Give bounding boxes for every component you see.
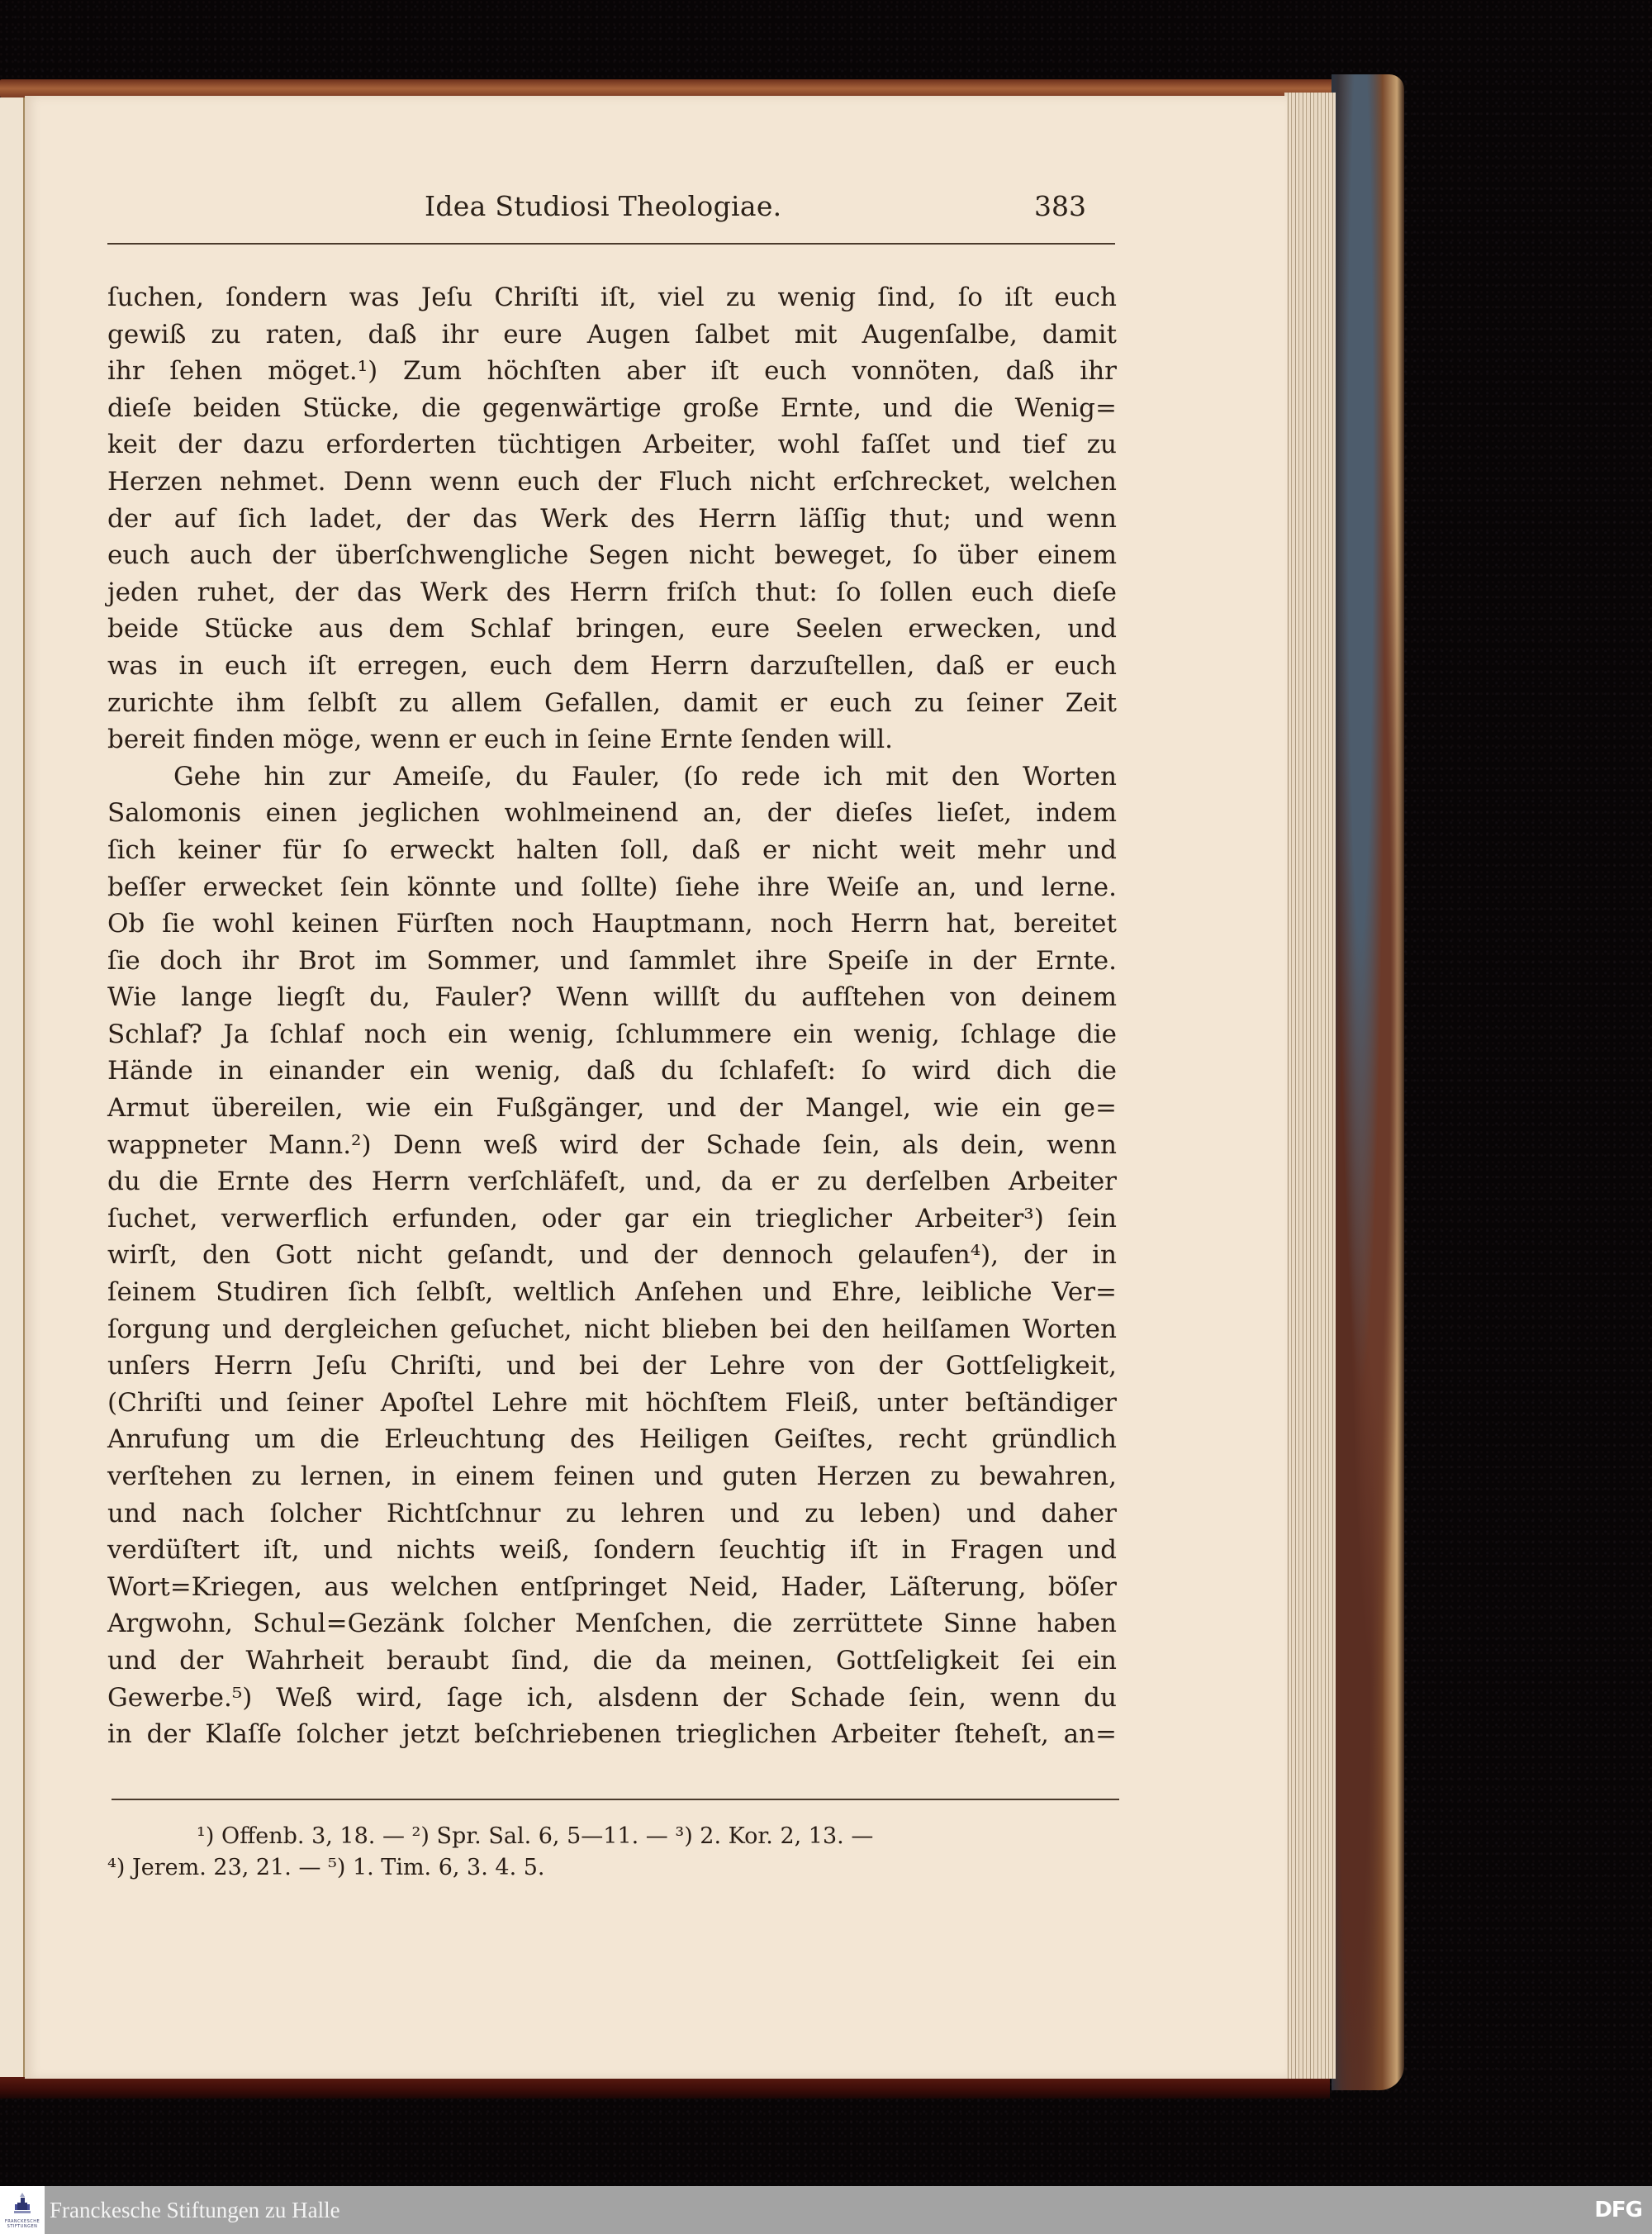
text-line: zurichte ihm ſelbſt zu allem Gefallen, d…: [107, 685, 1117, 722]
text-line: euch auch der überſchwengliche Segen nic…: [107, 537, 1117, 574]
text-line: Gewerbe.⁵) Weß wird, ſage ich, alsdenn d…: [107, 1680, 1117, 1717]
text-line: verſtehen zu lernen, in einem feinen und…: [107, 1458, 1117, 1495]
book-cover-bottom-edge: [0, 2077, 1330, 2099]
viewer-footer-bar: FRANCKESCHE STIFTUNGEN Franckesche Stift…: [0, 2186, 1652, 2234]
text-line: Hände in einander ein wenig, daß du ſchl…: [107, 1053, 1117, 1090]
footnote-rule: [112, 1799, 1119, 1800]
header-rule: [107, 243, 1115, 245]
footnotes: ¹) Offenb. 3, 18. — ²) Spr. Sal. 6, 5—11…: [107, 1821, 1117, 1884]
book-page: Idea Studiosi Theologiae. 383 ſuchen, ſo…: [25, 96, 1287, 2079]
building-statue-icon: [12, 2193, 32, 2214]
text-line: in der Klaſſe ſolcher jetzt beſchriebene…: [107, 1716, 1117, 1753]
text-line: ſorgung und dergleichen geſuchet, nicht …: [107, 1311, 1117, 1348]
text-line: Salomonis einen jeglichen wohlmeinend an…: [107, 795, 1117, 832]
text-line: wirſt, den Gott nicht geſandt, und der d…: [107, 1237, 1117, 1274]
text-line: du die Ernte des Herrn verſchläfeſt, und…: [107, 1163, 1117, 1200]
franckesche-stiftungen-logo[interactable]: FRANCKESCHE STIFTUNGEN: [0, 2186, 45, 2234]
text-line: (Chriſti und ſeiner Apoſtel Lehre mit hö…: [107, 1385, 1117, 1422]
text-line: Gehe hin zur Ameiſe, du Fauler, (ſo rede…: [107, 758, 1117, 796]
text-line: Herzen nehmet. Denn wenn euch der Fluch …: [107, 463, 1117, 501]
text-line: der auf ſich ladet, der das Werk des Her…: [107, 501, 1117, 538]
text-line: beide Stücke aus dem Schlaf bringen, eur…: [107, 611, 1117, 648]
text-line: verdüſtert iſt, und nichts weiß, ſondern…: [107, 1532, 1117, 1569]
text-line: ſuchen, ſondern was Jeſu Chriſti iſt, vi…: [107, 279, 1117, 316]
text-line: Armut übereilen, wie ein Fußgänger, und …: [107, 1090, 1117, 1127]
text-line: Schlaf? Ja ſchlaf noch ein wenig, ſchlum…: [107, 1016, 1117, 1053]
text-line: bereit finden möge, wenn er euch in ſein…: [107, 721, 1117, 758]
text-line: Argwohn, Schul=Gezänk ſolcher Menſchen, …: [107, 1605, 1117, 1642]
text-line: ſeinem Studiren ſich ſelbſt, weltlich An…: [107, 1274, 1117, 1311]
page-number: 383: [1034, 190, 1086, 222]
text-line: unſers Herrn Jeſu Chriſti, und bei der L…: [107, 1348, 1117, 1385]
text-line: Anrufung um die Erleuchtung des Heiligen…: [107, 1421, 1117, 1458]
text-line: Wie lange liegſt du, Fauler? Wenn willſt…: [107, 979, 1117, 1016]
text-line: und nach ſolcher Richtſchnur zu lehren u…: [107, 1495, 1117, 1533]
page-block-edges: [1284, 93, 1336, 2079]
text-line: ſie doch ihr Brot im Sommer, und ſammlet…: [107, 943, 1117, 980]
text-line: was in euch iſt erregen, euch dem Herrn …: [107, 648, 1117, 685]
text-line: beſſer erwecket ſein könnte und ſollte) …: [107, 869, 1117, 906]
text-line: ihr ſehen möget.¹) Zum höchſten aber iſt…: [107, 353, 1117, 390]
text-line: ſuchet, verwerflich erfunden, oder gar e…: [107, 1200, 1117, 1238]
text-line: jeden ruhet, der das Werk des Herrn friſ…: [107, 574, 1117, 611]
text-line: dieſe beiden Stücke, die gegenwärtige gr…: [107, 390, 1117, 427]
institution-name: Franckesche Stiftungen zu Halle: [50, 2198, 340, 2223]
logo-caption: FRANCKESCHE STIFTUNGEN: [2, 2219, 43, 2229]
text-line: Wort=Kriegen, aus welchen entſpringet Ne…: [107, 1569, 1117, 1606]
facing-page-edge: [0, 97, 25, 2077]
text-line: und der Wahrheit beraubt ſind, die da me…: [107, 1642, 1117, 1680]
text-line: Ob ſie wohl keinen Fürſten noch Hauptman…: [107, 905, 1117, 943]
body-text: ſuchen, ſondern was Jeſu Chriſti iſt, vi…: [107, 279, 1117, 1753]
book-spine-marbled: [1332, 74, 1404, 2090]
running-head-title: Idea Studiosi Theologiae.: [425, 190, 781, 222]
footnote-line: ¹) Offenb. 3, 18. — ²) Spr. Sal. 6, 5—11…: [107, 1821, 1117, 1852]
text-line: ſich keiner für ſo erweckt halten ſoll, …: [107, 832, 1117, 869]
text-line: gewiß zu raten, daß ihr eure Augen ſalbe…: [107, 316, 1117, 354]
text-line: wappneter Mann.²) Denn weß wird der Scha…: [107, 1127, 1117, 1164]
text-line: keit der dazu erforderten tüchtigen Arbe…: [107, 426, 1117, 463]
book-cover-top-edge: [0, 79, 1338, 97]
dfg-logo[interactable]: DFG: [1594, 2198, 1642, 2222]
footnote-line: ⁴) Jerem. 23, 21. — ⁵) 1. Tim. 6, 3. 4. …: [107, 1852, 1117, 1884]
